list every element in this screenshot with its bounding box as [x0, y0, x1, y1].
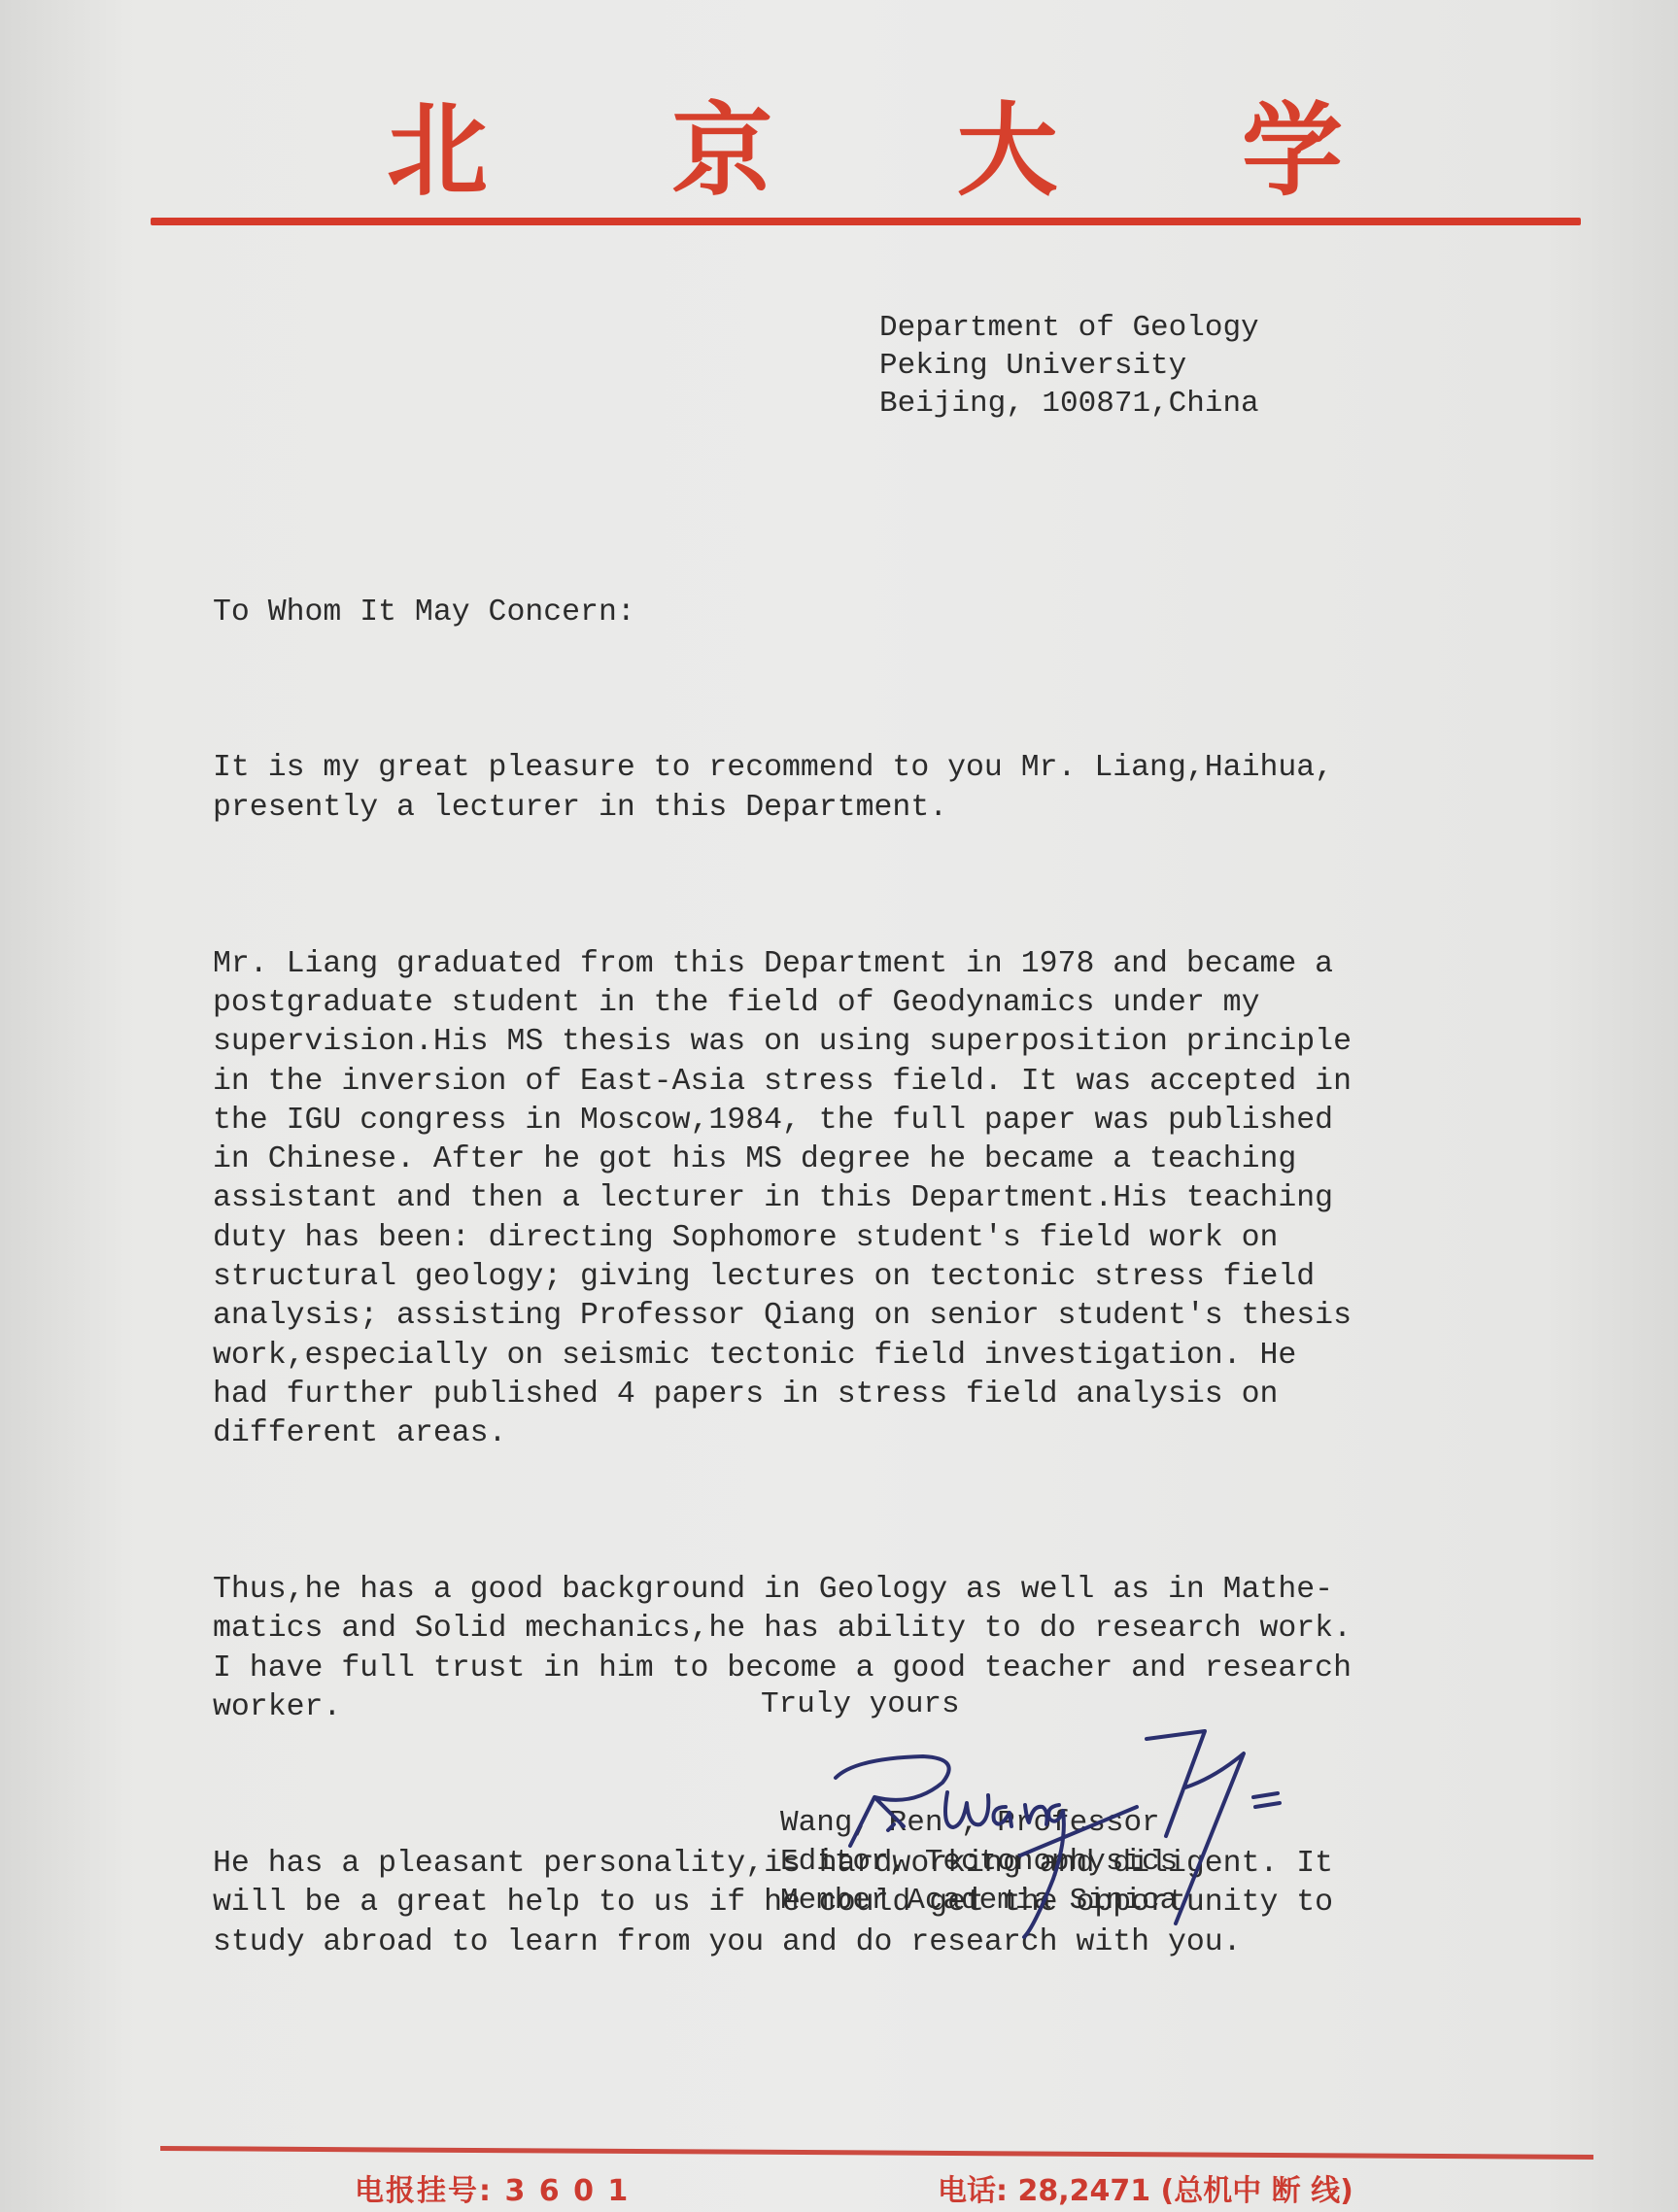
handwritten-signature [797, 1700, 1302, 1953]
address-line: Beijing, 100871,China [879, 385, 1259, 423]
letterhead-char: 北 [379, 92, 496, 209]
letterhead-char: 学 [1234, 92, 1351, 209]
address-line: Peking University [879, 347, 1259, 385]
letterhead-char: 京 [664, 92, 780, 209]
telegraph-code: 电报挂号: 3 6 0 1 [355, 2166, 630, 2209]
paragraph: It is my great pleasure to recommend to … [213, 749, 1495, 828]
letterhead-divider [151, 218, 1581, 225]
letterhead-title: 北 京 大 学 [379, 92, 1351, 209]
letterhead-char: 大 [949, 92, 1066, 209]
letterhead-footer: 电报挂号: 3 6 0 1 电话: 28,2471 (总机中 断 线) [0, 2166, 1678, 2205]
telephone-number: 电话: 28,2471 (总机中 断 线) [938, 2166, 1353, 2209]
paragraph: Mr. Liang graduated from this Department… [213, 945, 1495, 1454]
salutation: To Whom It May Concern: [213, 594, 1495, 632]
footer-divider [160, 2146, 1593, 2160]
sender-address: Department of GeologyPeking UniversityBe… [879, 309, 1259, 423]
address-line: Department of Geology [879, 309, 1259, 347]
